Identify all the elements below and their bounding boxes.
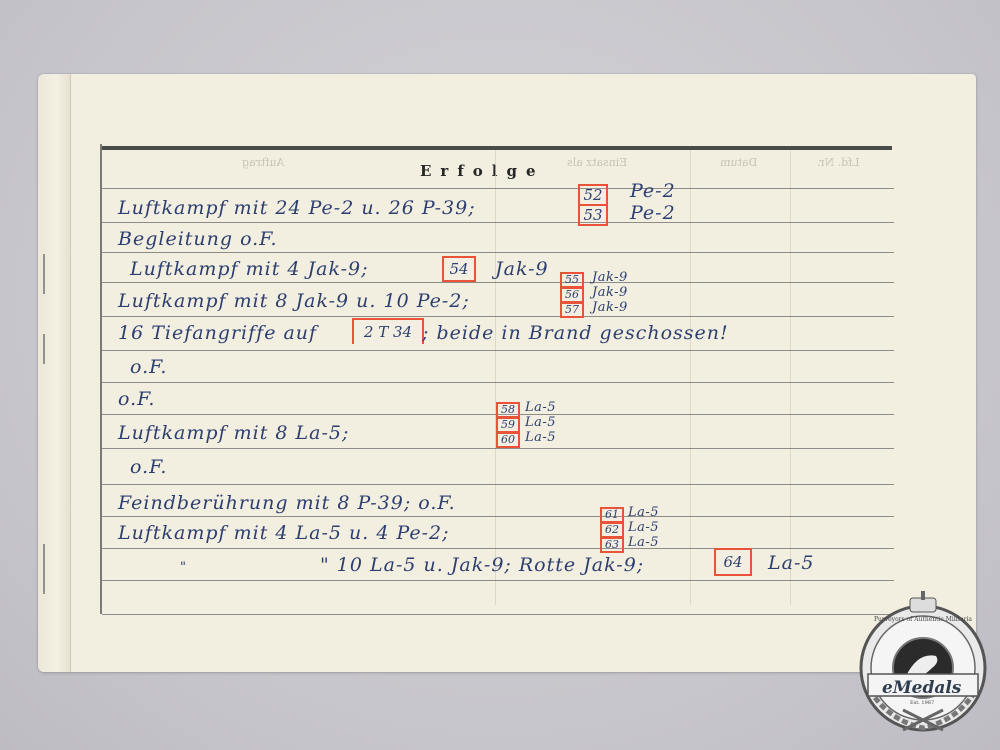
row-rule: [102, 484, 894, 485]
victory-number-box: 54: [442, 256, 476, 282]
entry-text: o.F.: [130, 356, 167, 378]
victory-number-box: 56: [560, 287, 584, 303]
ghost-column-line: [495, 150, 496, 605]
row-rule: [102, 350, 894, 351]
entry-text: 16 Tiefangriffe auf: [118, 322, 317, 344]
ghost-column-line: [690, 150, 691, 605]
header-title: Erfolge: [420, 162, 545, 180]
ghost-header: Datum: [720, 156, 757, 169]
aircraft-type: La-5: [628, 535, 659, 550]
victory-number-box: 55: [560, 272, 584, 288]
brand-name: eMedals: [882, 678, 961, 698]
ditto-mark: ": [180, 560, 186, 575]
entry-text-continuation: ; beide in Brand geschossen!: [422, 322, 729, 344]
row-rule: [102, 580, 894, 581]
victory-number-box: 64: [714, 548, 752, 576]
victory-number-box: 57: [560, 302, 584, 318]
ghost-column-line: [790, 150, 791, 605]
entry-text: Luftkampf mit 24 Pe-2 u. 26 P-39;: [118, 197, 476, 219]
ghost-header: Einsatz als: [567, 156, 627, 169]
row-rule: [102, 382, 894, 383]
entry-text: Luftkampf mit 8 Jak-9 u. 10 Pe-2;: [118, 290, 470, 312]
brand-tagline: Purveyors of Authentic Militaria: [870, 616, 976, 623]
row-rule: [102, 516, 894, 517]
entry-text: Feindberührung mit 8 P-39; o.F.: [118, 492, 456, 514]
aircraft-type: Jak-9: [592, 270, 628, 285]
row-rule: [102, 614, 894, 615]
aircraft-type: Pe-2: [630, 202, 676, 224]
binding-mark: [43, 254, 45, 294]
victory-number-box: 62: [600, 522, 624, 538]
aircraft-type: Jak-9: [495, 258, 549, 280]
aircraft-type: La-5: [628, 520, 659, 535]
aircraft-type: Jak-9: [592, 300, 628, 315]
victory-number-box: 59: [496, 417, 520, 433]
table-header: Auftrag Einsatz als Datum Lfd. Nr. Erfol…: [102, 150, 892, 186]
aircraft-type: La-5: [525, 430, 556, 445]
aircraft-type: Jak-9: [592, 285, 628, 300]
victory-number-box: 63: [600, 537, 624, 553]
ghost-header: Lfd. Nr.: [817, 156, 860, 169]
table-left-border: [100, 144, 102, 614]
row-rule: [102, 188, 894, 189]
row-rule: [102, 252, 894, 253]
established-year: Est. 1987: [910, 700, 934, 706]
ghost-header: Auftrag: [242, 156, 284, 169]
seal-emblem-icon: [848, 590, 998, 740]
victory-number-box: 60: [496, 432, 520, 448]
tank-victory-box: 2 T 34: [352, 318, 424, 344]
aircraft-type: La-5: [525, 400, 556, 415]
victory-number-box: 52: [578, 184, 608, 206]
aircraft-type: La-5: [525, 415, 556, 430]
victory-number-box: 61: [600, 507, 624, 523]
entry-text: o.F.: [130, 456, 167, 478]
entry-text: Luftkampf mit 4 Jak-9;: [130, 258, 369, 280]
aircraft-type: Pe-2: [630, 180, 676, 202]
binding-mark: [43, 544, 45, 594]
victory-number-box: 53: [578, 204, 608, 226]
row-rule: [102, 222, 894, 223]
entry-text: Luftkampf mit 8 La-5;: [118, 422, 349, 444]
logbook-page: Auftrag Einsatz als Datum Lfd. Nr. Erfol…: [38, 74, 976, 672]
binding-mark: [43, 334, 45, 364]
row-rule: [102, 448, 894, 449]
entry-text: o.F.: [118, 388, 155, 410]
aircraft-type: La-5: [768, 552, 814, 574]
row-rule: [102, 316, 894, 317]
aircraft-type: La-5: [628, 505, 659, 520]
entry-text: " 10 La-5 u. Jak-9; Rotte Jak-9;: [320, 554, 644, 576]
victory-number-box: 58: [496, 402, 520, 418]
page-binding: [38, 74, 71, 672]
row-rule: [102, 548, 894, 549]
row-rule: [102, 282, 894, 283]
entry-text: Begleitung o.F.: [118, 228, 278, 250]
success-table: Auftrag Einsatz als Datum Lfd. Nr. Erfol…: [100, 144, 895, 614]
emedals-watermark: eMedals Purveyors of Authentic Militaria…: [848, 590, 998, 740]
entry-text: Luftkampf mit 4 La-5 u. 4 Pe-2;: [118, 522, 450, 544]
